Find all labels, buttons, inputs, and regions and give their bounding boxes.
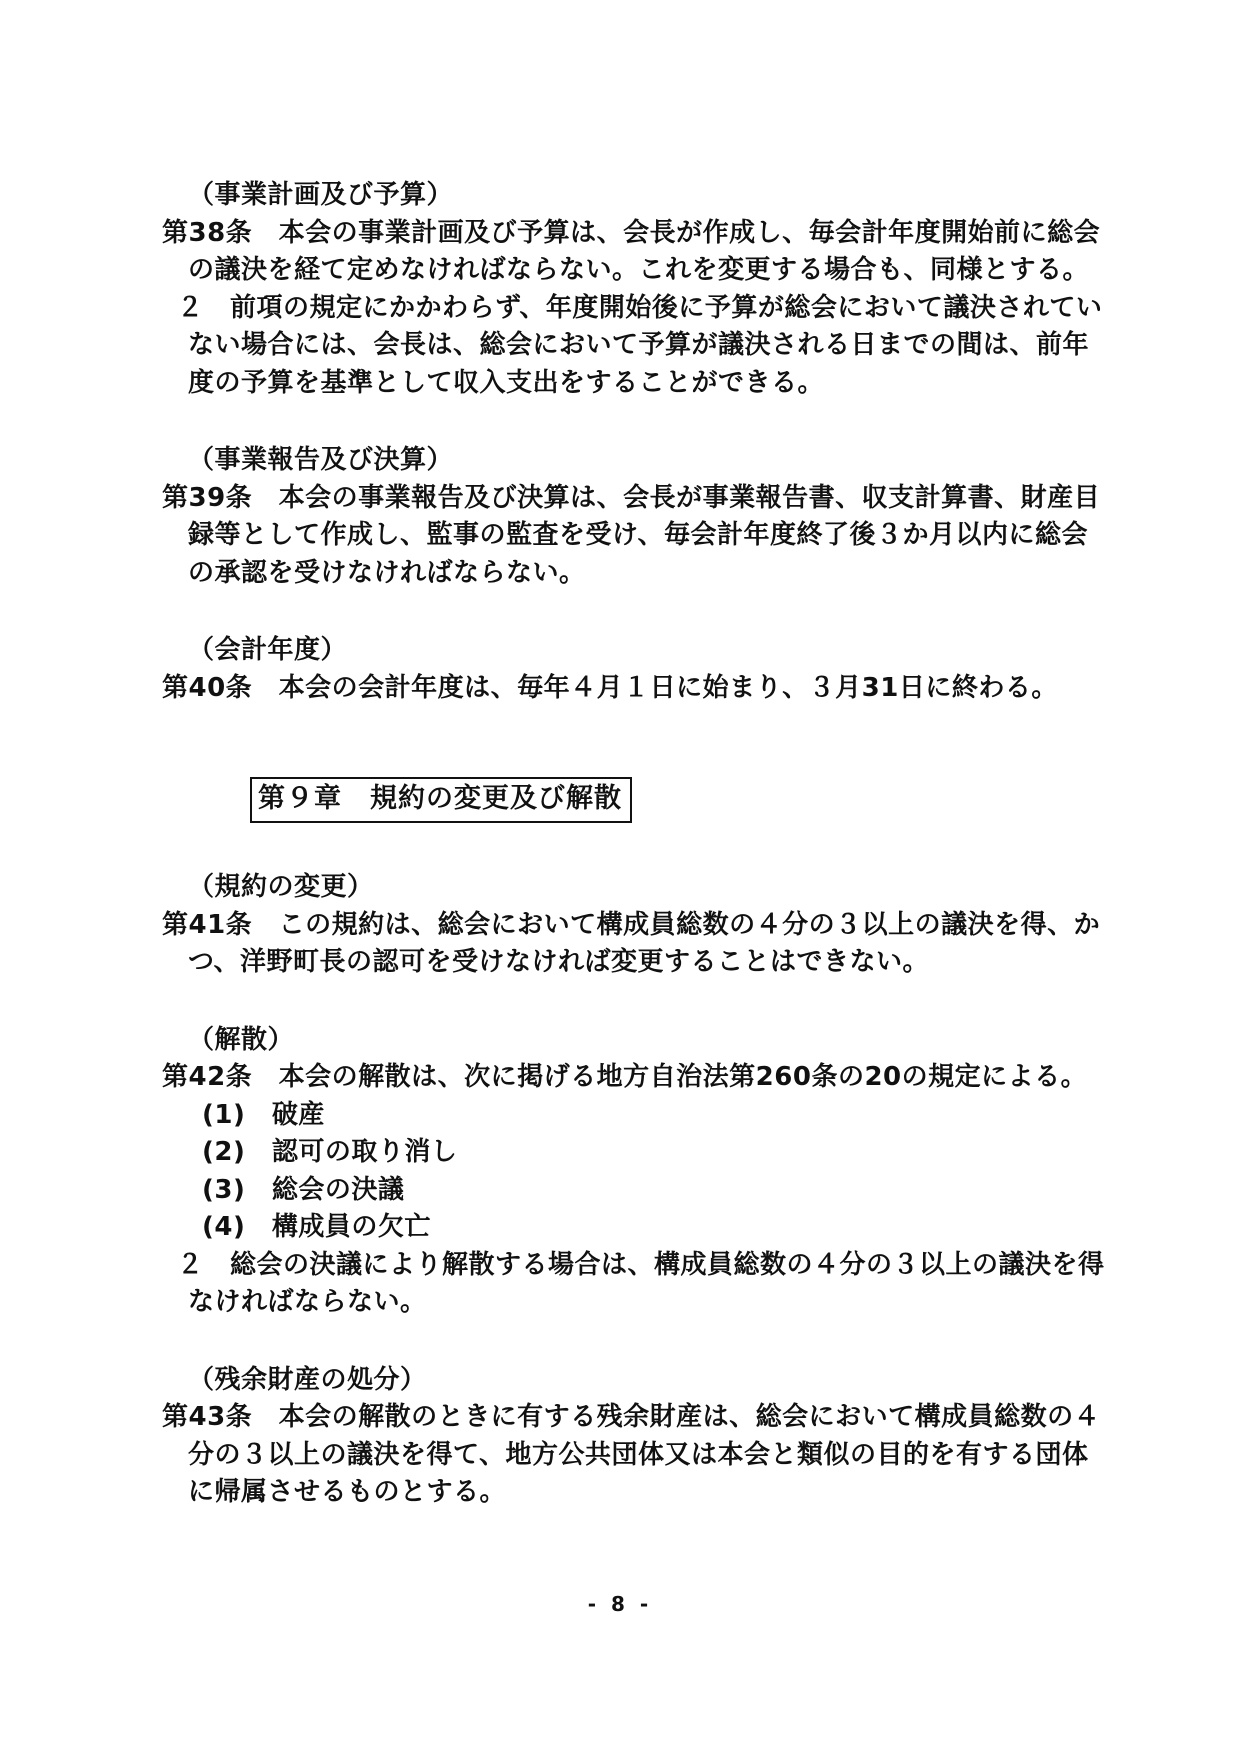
list-item: (3) 総会の決議 <box>162 1172 1110 1210</box>
section-heading: （規約の変更） <box>162 869 1110 907</box>
section-heading: （解散） <box>162 1022 1110 1060</box>
section-disposal-of-residual-assets: （残余財産の処分） 第43条 本会の解散のときに有する残余財産は、総会において構… <box>162 1362 1110 1512</box>
article-38-paragraph-2-line: 度の予算を基準として収入支出をすることができる。 <box>162 365 1110 403</box>
article-42-paragraph-2-line: ２ 総会の決議により解散する場合は、構成員総数の４分の３以上の議決を得 <box>162 1247 1110 1285</box>
article-43-line: 第43条 本会の解散のときに有する残余財産は、総会において構成員総数の４ <box>162 1399 1110 1437</box>
section-dissolution: （解散） 第42条 本会の解散は、次に掲げる地方自治法第260条の20の規定によ… <box>162 1022 1110 1322</box>
page-number: - 8 - <box>0 1592 1240 1616</box>
article-42-paragraph-2-line: なければならない。 <box>162 1284 1110 1322</box>
list-item: (2) 認可の取り消し <box>162 1134 1110 1172</box>
article-41-line: 第41条 この規約は、総会において構成員総数の４分の３以上の議決を得、か <box>162 907 1110 945</box>
article-43-line: に帰属させるものとする。 <box>162 1474 1110 1512</box>
section-heading: （事業報告及び決算） <box>162 442 1110 480</box>
article-38-line: の議決を経て定めなければならない。これを変更する場合も、同様とする。 <box>162 252 1110 290</box>
document-content: （事業計画及び予算） 第38条 本会の事業計画及び予算は、会長が作成し、毎会計年… <box>0 0 1240 1512</box>
document-page: （事業計画及び予算） 第38条 本会の事業計画及び予算は、会長が作成し、毎会計年… <box>0 0 1240 1754</box>
article-39-line: 第39条 本会の事業報告及び決算は、会長が事業報告書、収支計算書、財産目 <box>162 480 1110 518</box>
article-42-line: 第42条 本会の解散は、次に掲げる地方自治法第260条の20の規定による。 <box>162 1059 1110 1097</box>
article-41-line: つ、洋野町長の認可を受けなければ変更することはできない。 <box>162 944 1110 982</box>
section-fiscal-year: （会計年度） 第40条 本会の会計年度は、毎年４月１日に始まり、３月31日に終わ… <box>162 632 1110 707</box>
section-amendment-of-rules: （規約の変更） 第41条 この規約は、総会において構成員総数の４分の３以上の議決… <box>162 869 1110 982</box>
article-38-paragraph-2-line: ２ 前項の規定にかかわらず、年度開始後に予算が総会において議決されてい <box>162 290 1110 328</box>
article-38-paragraph-2-line: ない場合には、会長は、総会において予算が議決される日までの間は、前年 <box>162 327 1110 365</box>
section-business-report-and-settlement: （事業報告及び決算） 第39条 本会の事業報告及び決算は、会長が事業報告書、収支… <box>162 442 1110 592</box>
section-heading: （残余財産の処分） <box>162 1362 1110 1400</box>
article-43-line: 分の３以上の議決を得て、地方公共団体又は本会と類似の目的を有する団体 <box>162 1437 1110 1475</box>
section-heading: （事業計画及び予算） <box>162 177 1110 215</box>
list-item: (1) 破産 <box>162 1097 1110 1135</box>
list-item: (4) 構成員の欠亡 <box>162 1209 1110 1247</box>
chapter-9-heading: 第９章 規約の変更及び解散 <box>250 777 632 823</box>
article-39-line: 録等として作成し、監事の監査を受け、毎会計年度終了後３か月以内に総会 <box>162 517 1110 555</box>
article-38-line: 第38条 本会の事業計画及び予算は、会長が作成し、毎会計年度開始前に総会 <box>162 215 1110 253</box>
section-heading: （会計年度） <box>162 632 1110 670</box>
article-39-line: の承認を受けなければならない。 <box>162 555 1110 593</box>
article-40-line: 第40条 本会の会計年度は、毎年４月１日に始まり、３月31日に終わる。 <box>162 670 1110 708</box>
chapter-heading-row: 第９章 規約の変更及び解散 <box>250 777 1110 823</box>
section-business-plan-and-budget: （事業計画及び予算） 第38条 本会の事業計画及び予算は、会長が作成し、毎会計年… <box>162 177 1110 402</box>
